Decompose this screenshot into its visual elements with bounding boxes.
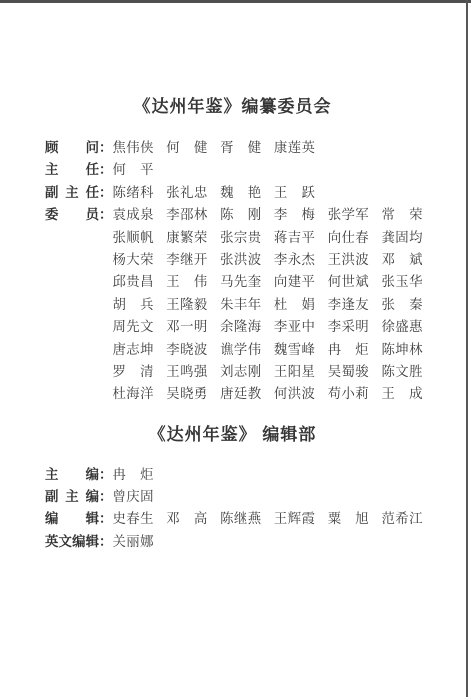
- person-name: 李继开: [166, 249, 207, 271]
- role-label: 委员: [45, 204, 99, 226]
- person-name: 朱丰年: [220, 294, 261, 316]
- person-name: 何平: [113, 159, 154, 181]
- person-name: 常荣: [381, 204, 422, 226]
- person-name: 粟旭: [328, 508, 369, 530]
- person-name: 周先文: [113, 316, 154, 338]
- role-label: 主编: [45, 464, 99, 486]
- person-name: 康繁荣: [166, 227, 207, 249]
- person-name: 陈刚: [220, 204, 261, 226]
- role-row: ：唐志坤李晓波谯学伟魏雪峰冉炬陈坤林: [0, 339, 465, 361]
- names-list: 唐志坤李晓波谯学伟魏雪峰冉炬陈坤林: [113, 339, 436, 361]
- label-colon: ：: [99, 508, 113, 530]
- label-colon: ：: [99, 486, 113, 508]
- role-row: 编辑：史春生邓高陈继燕王辉霞粟旭范希江: [0, 508, 465, 530]
- role-row: 副主任：陈绪科张礼忠魏艳王跃: [0, 182, 465, 204]
- person-name: 马先奎: [220, 271, 261, 293]
- person-name: 张玉华: [381, 271, 422, 293]
- person-name: 苟小莉: [328, 383, 369, 405]
- person-name: 胥健: [220, 137, 261, 159]
- person-name: 吴晓勇: [166, 383, 207, 405]
- role-row: 委员：袁成泉李邵林陈刚李梅张学军常荣: [0, 204, 465, 226]
- person-name: 王跃: [274, 182, 315, 204]
- person-name: 范希江: [381, 508, 422, 530]
- person-name: 李永杰: [274, 249, 315, 271]
- person-name: 何洪波: [274, 383, 315, 405]
- role-label: 副主编: [45, 486, 99, 508]
- names-list: 焦伟侠何健胥健康莲英: [113, 137, 328, 159]
- label-colon: ：: [99, 464, 113, 486]
- person-name: 张顺帆: [113, 227, 154, 249]
- names-list: 冉炬: [113, 464, 167, 486]
- person-name: 徐盛惠: [381, 316, 422, 338]
- names-list: 杜海洋吴晓勇唐廷教何洪波苟小莉王成: [113, 383, 436, 405]
- names-list: 史春生邓高陈继燕王辉霞粟旭范希江: [113, 508, 436, 530]
- person-name: 袁成泉: [113, 204, 154, 226]
- person-name: 王辉霞: [274, 508, 315, 530]
- person-name: 冉炬: [113, 464, 154, 486]
- names-list: 杨大荣李继开张洪波李永杰王洪波邓斌: [113, 249, 436, 271]
- person-name: 焦伟侠: [113, 137, 154, 159]
- person-name: 龚固均: [381, 227, 422, 249]
- person-name: 关丽娜: [113, 531, 154, 553]
- person-name: 王阳星: [274, 361, 315, 383]
- person-name: 余隆海: [220, 316, 261, 338]
- names-list: 邱贵昌王伟马先奎向建平何世斌张玉华: [113, 271, 436, 293]
- label-colon: ：: [99, 204, 113, 226]
- person-name: 张宗贵: [220, 227, 261, 249]
- person-name: 魏艳: [220, 182, 261, 204]
- role-row: 主编：冉炬: [0, 464, 465, 486]
- names-list: 张顺帆康繁荣张宗贵蒋吉平向仕春龚固均: [113, 227, 436, 249]
- person-name: 张礼忠: [166, 182, 207, 204]
- person-name: 李梅: [274, 204, 315, 226]
- role-row: 副主编：曾庆固: [0, 486, 465, 508]
- person-name: 陈文胜: [381, 361, 422, 383]
- role-label: 副主任: [45, 182, 99, 204]
- role-label: 主任: [45, 159, 99, 181]
- person-name: 王伟: [166, 271, 207, 293]
- person-name: 杨大荣: [113, 249, 154, 271]
- role-row: ：罗清王鸣强刘志刚王阳星吴蜀骏陈文胜: [0, 361, 465, 383]
- document-page: 《达州年鉴》编纂委员会顾问：焦伟侠何健胥健康莲英主任：何平副主任：陈绪科张礼忠魏…: [0, 0, 471, 697]
- person-name: 张学军: [328, 204, 369, 226]
- person-name: 吴蜀骏: [328, 361, 369, 383]
- compilation-committee-title: 《达州年鉴》编纂委员会: [0, 97, 465, 116]
- role-label: 顾问: [45, 137, 99, 159]
- scan-right-edge: [466, 0, 468, 697]
- person-name: 张秦: [381, 294, 422, 316]
- names-list: 罗清王鸣强刘志刚王阳星吴蜀骏陈文胜: [113, 361, 436, 383]
- person-name: 向建平: [274, 271, 315, 293]
- person-name: 蒋吉平: [274, 227, 315, 249]
- person-name: 王洪波: [328, 249, 369, 271]
- label-colon: ：: [99, 531, 113, 553]
- person-name: 邱贵昌: [113, 271, 154, 293]
- role-row: ：杨大荣李继开张洪波李永杰王洪波邓斌: [0, 249, 465, 271]
- person-name: 杜海洋: [113, 383, 154, 405]
- role-row: ：周先文邓一明余隆海李亚中李采明徐盛惠: [0, 316, 465, 338]
- person-name: 唐廷教: [220, 383, 261, 405]
- person-name: 王成: [381, 383, 422, 405]
- person-name: 刘志刚: [220, 361, 261, 383]
- person-name: 魏雪峰: [274, 339, 315, 361]
- names-list: 关丽娜: [113, 531, 167, 553]
- person-name: 邓一明: [166, 316, 207, 338]
- person-name: 何健: [166, 137, 207, 159]
- names-list: 何平: [113, 159, 167, 181]
- person-name: 何世斌: [328, 271, 369, 293]
- label-colon: ：: [99, 159, 113, 181]
- person-name: 陈绪科: [113, 182, 154, 204]
- names-list: 周先文邓一明余隆海李亚中李采明徐盛惠: [113, 316, 436, 338]
- person-name: 曾庆固: [113, 486, 154, 508]
- editorial-department-title: 《达州年鉴》 编辑部: [0, 425, 465, 444]
- role-row: ：胡兵王隆毅朱丰年杜娟李逢友张秦: [0, 294, 465, 316]
- person-name: 李逢友: [328, 294, 369, 316]
- person-name: 陈继燕: [220, 508, 261, 530]
- person-name: 邓斌: [381, 249, 422, 271]
- person-name: 康莲英: [274, 137, 315, 159]
- person-name: 杜娟: [274, 294, 315, 316]
- names-list: 袁成泉李邵林陈刚李梅张学军常荣: [113, 204, 436, 226]
- person-name: 李采明: [328, 316, 369, 338]
- role-row: 主任：何平: [0, 159, 465, 181]
- person-name: 李邵林: [166, 204, 207, 226]
- person-name: 李亚中: [274, 316, 315, 338]
- label-colon: ：: [99, 137, 113, 159]
- person-name: 王鸣强: [166, 361, 207, 383]
- person-name: 史春生: [113, 508, 154, 530]
- person-name: 谯学伟: [220, 339, 261, 361]
- page-content: 《达州年鉴》编纂委员会顾问：焦伟侠何健胥健康莲英主任：何平副主任：陈绪科张礼忠魏…: [0, 0, 465, 553]
- person-name: 罗清: [113, 361, 154, 383]
- person-name: 李晓波: [166, 339, 207, 361]
- person-name: 胡兵: [113, 294, 154, 316]
- names-list: 陈绪科张礼忠魏艳王跃: [113, 182, 328, 204]
- person-name: 冉炬: [328, 339, 369, 361]
- person-name: 王隆毅: [166, 294, 207, 316]
- role-row: ：杜海洋吴晓勇唐廷教何洪波苟小莉王成: [0, 383, 465, 405]
- role-row: 英文编辑：关丽娜: [0, 531, 465, 553]
- role-row: ：邱贵昌王伟马先奎向建平何世斌张玉华: [0, 271, 465, 293]
- person-name: 向仕春: [328, 227, 369, 249]
- names-list: 胡兵王隆毅朱丰年杜娟李逢友张秦: [113, 294, 436, 316]
- role-label: 英文编辑: [45, 531, 99, 553]
- person-name: 张洪波: [220, 249, 261, 271]
- role-row: ：张顺帆康繁荣张宗贵蒋吉平向仕春龚固均: [0, 227, 465, 249]
- person-name: 唐志坤: [113, 339, 154, 361]
- label-colon: ：: [99, 182, 113, 204]
- names-list: 曾庆固: [113, 486, 167, 508]
- person-name: 邓高: [166, 508, 207, 530]
- role-row: 顾问：焦伟侠何健胥健康莲英: [0, 137, 465, 159]
- person-name: 陈坤林: [381, 339, 422, 361]
- role-label: 编辑: [45, 508, 99, 530]
